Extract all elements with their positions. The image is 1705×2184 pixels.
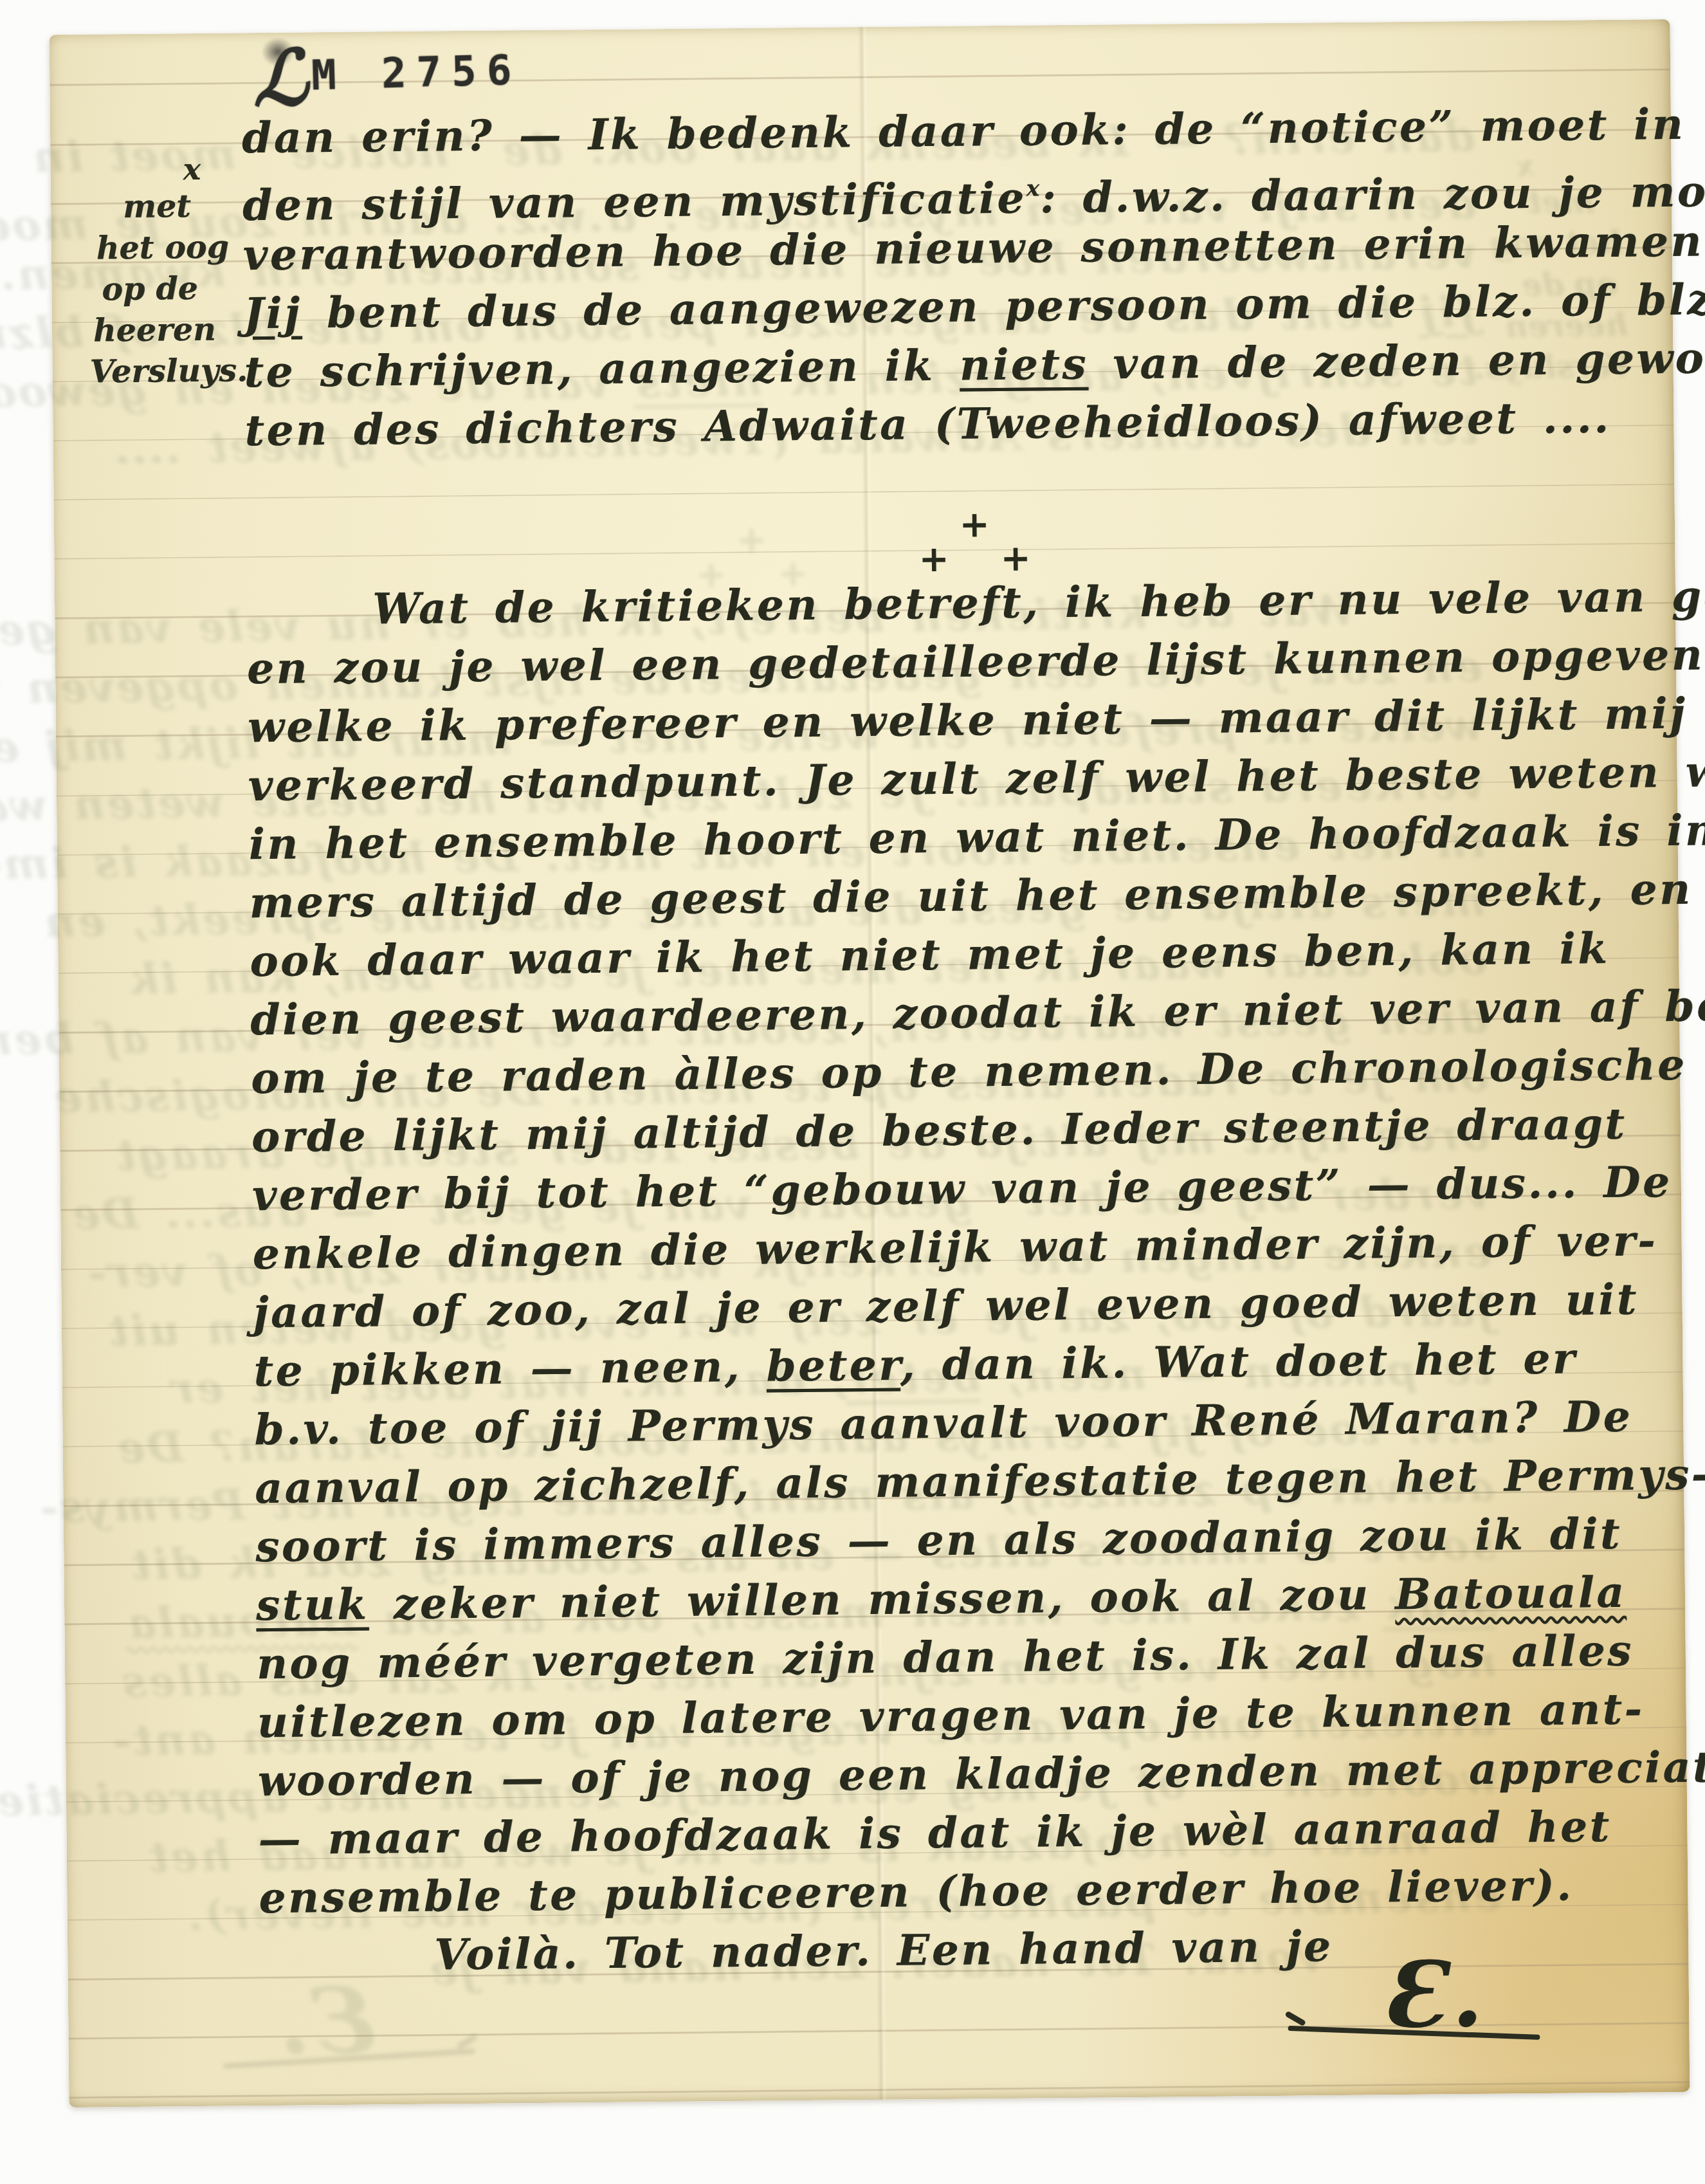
text-segment: , dan ik. Wat doet het er (900, 1333, 1577, 1390)
text-segment: bent dus de aangewezen persoon om die bl… (302, 274, 1705, 338)
plus-mark: + (1000, 542, 1030, 575)
text-segment: te pikken — neen, (253, 1341, 767, 1397)
text-segment: Batouala (1395, 1567, 1627, 1619)
signature-block: Ɛ. (1381, 1950, 1488, 2041)
text-segment: en zou je wel een gedetailleerde lijst k… (247, 629, 1705, 693)
text-segment: verantwoorden hoe die nieuwe sonnetten e… (243, 216, 1705, 280)
text-segment: nog méér vergeten zijn dan het is. Ik za… (257, 1626, 1634, 1689)
paper-sheet: x methet oogop deheerenVersluys. dan eri… (50, 19, 1690, 2107)
text-segment: enkele dingen die werkelijk wat minder z… (252, 1215, 1657, 1279)
text-segment: verder bij tot het “gebouw van je geest”… (252, 1157, 1672, 1220)
text-segment: x (1026, 176, 1040, 201)
text-segment: in het ensemble hoort en wat niet. De ho… (248, 805, 1705, 869)
text-segment: mers altijd de geest die uit het ensembl… (249, 864, 1693, 928)
text-segment: stuk (256, 1579, 369, 1631)
text-segment: van de zeden en gewoon- (1088, 332, 1705, 389)
text-segment: uitlezen om op latere vragen van je te k… (257, 1684, 1644, 1747)
text-segment: verkeerd standpunt. Je zult zelf wel het… (248, 746, 1705, 811)
text-segment: om je te raden àlles op te nemen. De chr… (251, 1040, 1687, 1103)
section-separator: +++ (913, 502, 1036, 576)
text-segment: woorden — of je nog een kladje zenden me… (257, 1741, 1705, 1806)
text-segment: — maar de hoofdzaak is dat ik je wèl aan… (258, 1801, 1612, 1864)
plus-mark: + (959, 508, 989, 541)
text-segment: soort is immers alles — en als zoodanig … (255, 1509, 1622, 1572)
letter-body: x methet oogop deheerenVersluys. dan eri… (50, 19, 1690, 2107)
text-segment: niets (959, 339, 1088, 390)
text-segment: Jij (243, 288, 302, 338)
text-segment: dien geest waardeeren, zoodat ik er niet… (250, 980, 1705, 1045)
text-segment: dan erin? — Ik bedenk daar ook: de “noti… (242, 99, 1686, 163)
text-segment: ensemble te publiceeren (hoe eerder hoe … (259, 1860, 1574, 1923)
text-segment: b.v. toe of jij Permys aanvalt voor René… (254, 1391, 1632, 1455)
text-segment: ten des dichters Adwaita (Tweeheidloos) … (244, 392, 1611, 455)
text-segment: beter (766, 1340, 900, 1391)
text-segment: orde lijkt mij altijd de beste. Ieder st… (251, 1099, 1627, 1162)
text-segment: aanval op zichzelf, als manifestatie teg… (255, 1449, 1705, 1513)
scanned-letter-page: x methet oogop deheerenVersluys. dan eri… (0, 0, 1705, 2184)
text-segment: zeker niet willen missen, ook al zou (369, 1569, 1395, 1629)
text-segment: Wat de kritieken betreft, ik heb er nu v… (372, 569, 1705, 634)
paragraph-2: Wat de kritieken betreft, ik heb er nu v… (246, 567, 1694, 1986)
text-segment: welke ik prefereer en welke niet — maar … (248, 687, 1705, 752)
text-segment: te schrijven, aangezien ik (244, 340, 960, 398)
text-segment: Voilà. Tot nader. Een hand van je (434, 1921, 1333, 1979)
text-segment: ook daar waar ik het niet met je eens be… (250, 923, 1610, 986)
plus-mark: + (918, 542, 949, 576)
paragraph-1: dan erin? — Ik bedenk daar ook: de “noti… (242, 95, 1679, 460)
text-segment: jaard of zoo, zal je er zelf wel even go… (253, 1274, 1639, 1338)
